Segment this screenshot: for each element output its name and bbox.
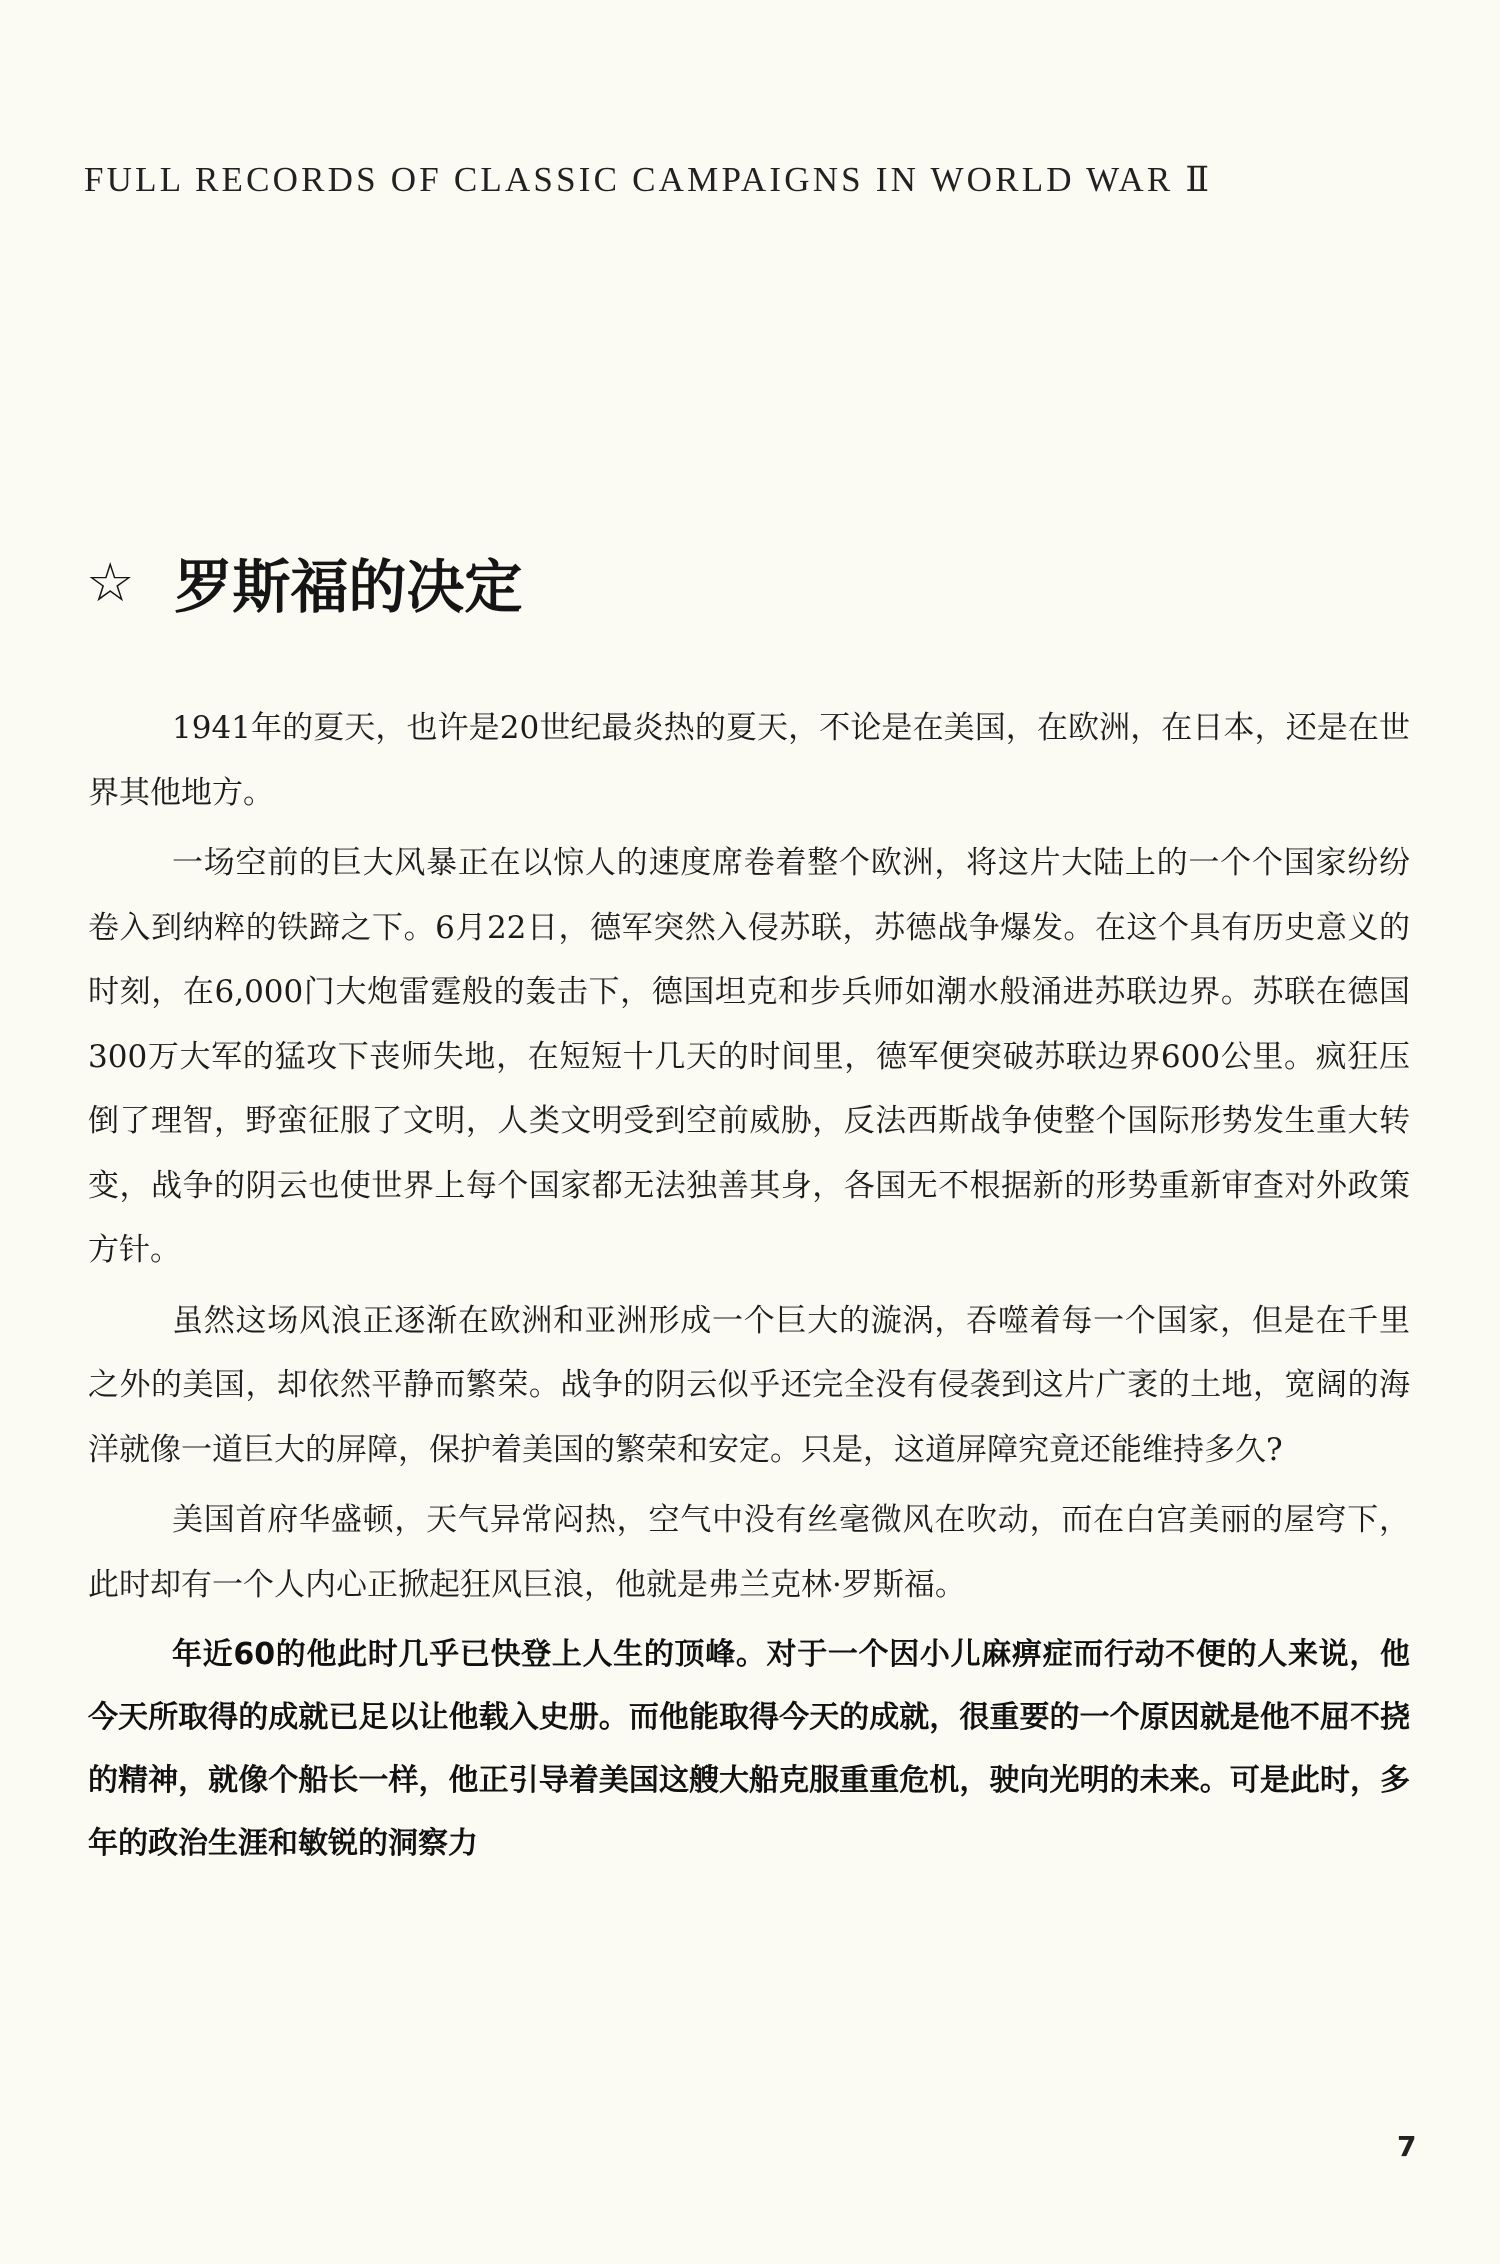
- body-text: 1941年的夏天，也许是20世纪最炎热的夏天，不论是在美国，在欧洲，在日本，还是…: [88, 696, 1410, 1881]
- page-number: 7: [1397, 2130, 1416, 2163]
- paragraph-2: 一场空前的巨大风暴正在以惊人的速度席卷着整个欧洲，将这片大陆上的一个个国家纷纷卷…: [88, 831, 1410, 1283]
- section-heading: ☆ 罗斯福的决定: [86, 540, 522, 624]
- paragraph-4: 美国首府华盛顿，天气异常闷热，空气中没有丝毫微风在吹动，而在白宫美丽的屋穹下，此…: [88, 1488, 1410, 1617]
- running-header: FULL RECORDS OF CLASSIC CAMPAIGNS IN WOR…: [84, 160, 1424, 200]
- star-icon: ☆: [86, 551, 134, 614]
- book-page: FULL RECORDS OF CLASSIC CAMPAIGNS IN WOR…: [0, 0, 1500, 2264]
- paragraph-3: 虽然这场风浪正逐渐在欧洲和亚洲形成一个巨大的漩涡，吞噬着每一个国家，但是在千里之…: [88, 1289, 1410, 1483]
- paragraph-5: 年近60的他此时几乎已快登上人生的顶峰。对于一个因小儿麻痹症而行动不便的人来说，…: [88, 1623, 1410, 1875]
- section-title: 罗斯福的决定: [174, 540, 522, 624]
- paragraph-1: 1941年的夏天，也许是20世纪最炎热的夏天，不论是在美国，在欧洲，在日本，还是…: [88, 696, 1410, 825]
